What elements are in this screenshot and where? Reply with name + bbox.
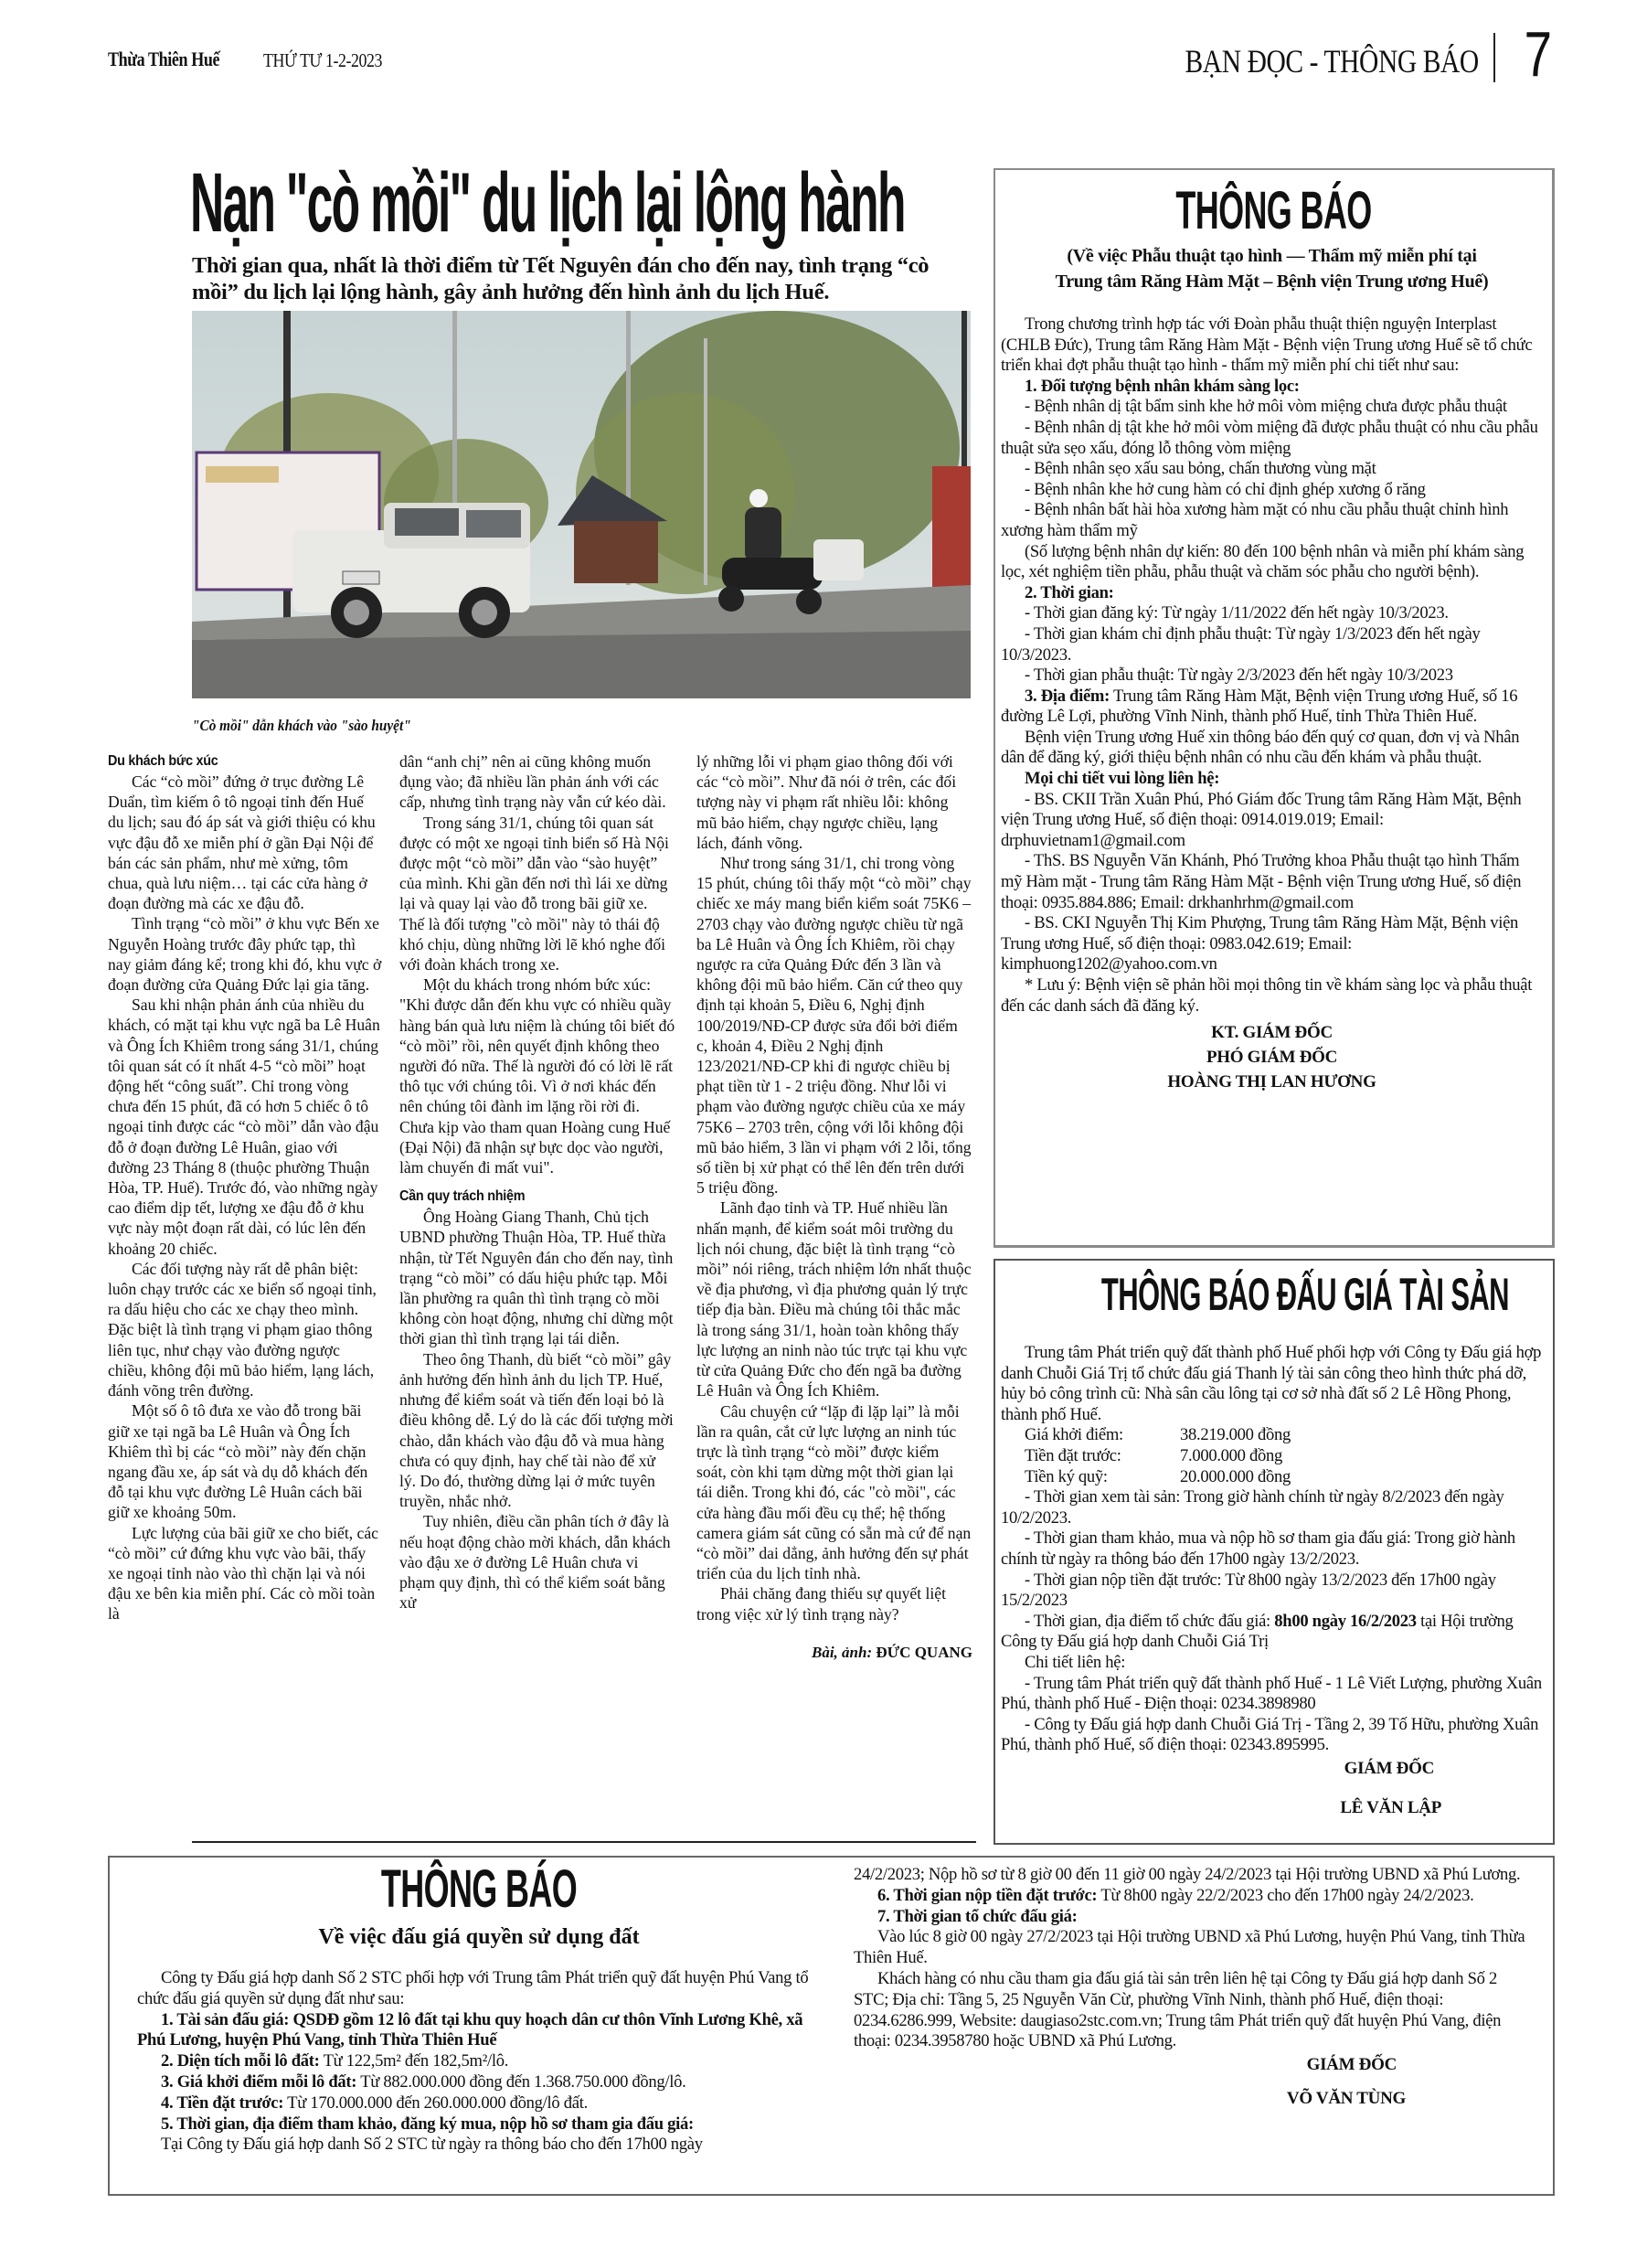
section-heading: 3. Địa điểm: xyxy=(1025,687,1110,706)
signature-title: KT. GIÁM ĐỐC xyxy=(1001,1020,1543,1045)
paragraph: Như trong sáng 31/1, chỉ trong vòng 15 p… xyxy=(696,853,972,1198)
paragraph: Câu chuyện cứ “lặp đi lặp lại” là mỗi lầ… xyxy=(696,1401,972,1584)
article-column-1: Du khách bức xúc Các “cò mồi” đứng ở trụ… xyxy=(108,751,382,1624)
signature-title: PHÓ GIÁM ĐỐC xyxy=(1001,1045,1543,1070)
photo-caption: "Cò mồi" dẫn khách vào "sào huyệt" xyxy=(192,717,411,735)
notice-asset-auction: THÔNG BÁO ĐẤU GIÁ TÀI SẢN Trung tâm Phát… xyxy=(994,1259,1555,1845)
list-item: - Thời gian xem tài sản: Trong giờ hành … xyxy=(1001,1487,1544,1528)
item-value: Từ 882.000.000 đồng đến 1.368.750.000 đồ… xyxy=(356,2072,685,2092)
paragraph: Phải chăng đang thiếu sự quyết liệt tron… xyxy=(696,1583,972,1624)
page-number: 7 xyxy=(1525,22,1552,86)
notice-title: THÔNG BÁO xyxy=(1101,185,1447,238)
paragraph: Ông Hoàng Giang Thanh, Chủ tịch UBND phư… xyxy=(399,1207,675,1348)
contact-item: - BS. CKI Nguyễn Thị Kim Phượng, Trung t… xyxy=(1001,913,1543,975)
item-value: Từ 170.000.000 đến 260.000.000 đồng/lô đ… xyxy=(283,2093,588,2113)
masthead: Thừa Thiên Huế THỨ TƯ 1-2-2023 BẠN ĐỌC -… xyxy=(108,27,1552,82)
paragraph: lý những lỗi vi phạm giao thông đối với … xyxy=(696,751,972,853)
contact-item: - BS. CKII Trần Xuân Phú, Phó Giám đốc T… xyxy=(1001,790,1543,852)
invite-text: Bệnh viện Trung ương Huế xin thông báo đ… xyxy=(1001,728,1543,769)
notice-intro: Trong chương trình hợp tác với Đoàn phẫu… xyxy=(1001,314,1543,377)
subhead-du-khach: Du khách bức xúc xyxy=(108,751,355,772)
article-column-3: lý những lỗi vi phạm giao thông đối với … xyxy=(696,751,972,1663)
subhead-trach-nhiem: Cần quy trách nhiệm xyxy=(399,1187,648,1207)
paragraph: Lãnh đạo tỉnh và TP. Huế nhiều lần nhấn … xyxy=(696,1198,972,1400)
paragraph: Theo ông Thanh, dù biết “cò mồi” gây ảnh… xyxy=(399,1349,675,1512)
list-item: - Bệnh nhân dị tật khe hở môi vòm miệng … xyxy=(1001,418,1543,459)
price-value: 7.000.000 đồng xyxy=(1180,1446,1544,1467)
item-value: Tại Công ty Đấu giá hợp danh Số 2 STC từ… xyxy=(137,2135,817,2156)
notice-subtitle: Về việc đấu giá quyền sử dụng đất xyxy=(132,1925,826,1950)
article-lede: Thời gian qua, nhất là thời điểm từ Tết … xyxy=(192,252,978,305)
section-heading: 1. Đối tượng bệnh nhân khám sàng lọc: xyxy=(1025,377,1300,396)
paragraph: Tình trạng “cò mồi” ở khu vực Bến xe Ngu… xyxy=(108,913,382,995)
auction-time-bold: 8h00 ngày 16/2/2023 xyxy=(1274,1612,1416,1631)
paragraph: Sau khi nhận phản ánh của nhiều du khách… xyxy=(108,995,382,1259)
item-value: Vào lúc 8 giờ 00 ngày 27/2/2023 tại Hội … xyxy=(854,1927,1534,1969)
notice-land-auction: THÔNG BÁO Về việc đấu giá quyền sử dụng … xyxy=(108,1856,1555,2196)
notice-title: THÔNG BÁO ĐẤU GIÁ TÀI SẢN xyxy=(1101,1272,1447,1317)
auction-time-prefix: - Thời gian, địa điểm tổ chức đấu giá: xyxy=(1025,1612,1274,1631)
contact-item: - Trung tâm Phát triển quỹ đất thành phố… xyxy=(1001,1674,1544,1715)
item-value: Từ 122,5m² đến 182,5m²/lô. xyxy=(320,2051,508,2071)
paragraph: Các đối tượng này rất dễ phân biệt: luôn… xyxy=(108,1259,382,1400)
article-bottom-rule xyxy=(192,1841,976,1843)
contact-item: - Công ty Đấu giá hợp danh Chuỗi Giá Trị… xyxy=(1001,1715,1544,1756)
signature-name: VÕ VĂN TÙNG xyxy=(854,2086,1534,2111)
price-label: Tiền đặt trước: xyxy=(1025,1446,1180,1467)
masthead-divider xyxy=(1493,33,1495,82)
contact-text: Khách hàng có nhu cầu tham gia đấu giá t… xyxy=(854,1969,1534,2052)
paragraph: Một du khách trong nhóm bức xúc: "Khi đư… xyxy=(399,974,675,1177)
section-title: BẠN ĐỌC - THÔNG BÁO xyxy=(1185,42,1479,80)
auction-time: - Thời gian, địa điểm tổ chức đấu giá: 8… xyxy=(1001,1612,1544,1653)
byline-author: ĐỨC QUANG xyxy=(876,1644,972,1661)
item-value: Từ 8h00 ngày 22/2/2023 cho đến 17h00 ngà… xyxy=(1097,1886,1473,1905)
byline-label: Bài, ảnh: xyxy=(812,1644,872,1661)
list-item: - Thời gian khám chỉ định phẫu thuật: Từ… xyxy=(1001,624,1543,665)
list-item: - Bệnh nhân bất hài hòa xương hàm mặt có… xyxy=(1001,500,1543,541)
list-item: - Thời gian đăng ký: Từ ngày 1/11/2022 đ… xyxy=(1001,603,1543,624)
list-item: - Thời gian nộp tiền đặt trước: Từ 8h00 … xyxy=(1001,1571,1544,1612)
signature-title: GIÁM ĐỐC xyxy=(854,2052,1534,2077)
item-label: 6. Thời gian nộp tiền đặt trước: xyxy=(877,1886,1097,1905)
paragraph: Trong sáng 31/1, chúng tôi quan sát được… xyxy=(399,813,675,975)
list-item: - Thời gian tham khảo, mua và nộp hồ sơ … xyxy=(1001,1528,1544,1570)
item-value-continued: 24/2/2023; Nộp hồ sơ từ 8 giờ 00 đến 11 … xyxy=(854,1865,1534,1886)
item-label: 5. Thời gian, địa điểm tham khảo, đăng k… xyxy=(161,2114,694,2134)
price-value: 38.219.000 đồng xyxy=(1180,1425,1544,1446)
list-item: - Bệnh nhân sẹo xấu sau bỏng, chấn thươn… xyxy=(1001,459,1543,480)
price-value: 20.000.000 đồng xyxy=(1180,1467,1544,1488)
contact-heading: Mọi chi tiết vui lòng liên hệ: xyxy=(1025,769,1219,788)
paragraph: Các “cò mồi” đứng ở trục đường Lê Duẩn, … xyxy=(108,772,382,913)
notice-free-surgery: THÔNG BÁO (Về việc Phẫu thuật tạo hình —… xyxy=(994,168,1555,1248)
item-label: 3. Giá khởi điểm mỗi lô đất: xyxy=(161,2072,356,2092)
issue-date: THỨ TƯ 1-2-2023 xyxy=(263,49,382,72)
item-1: 1. Tài sản đấu giá: QSDĐ gồm 12 lô đất t… xyxy=(137,2010,802,2050)
street-scene-image xyxy=(192,311,971,698)
section-heading: 2. Thời gian: xyxy=(1025,583,1114,602)
price-table: Giá khởi điểm: 38.219.000 đồng Tiền đặt … xyxy=(1001,1425,1544,1487)
notice-intro: Công ty Đấu giá hợp danh Số 2 STC phối h… xyxy=(137,1968,817,2010)
price-label: Tiền ký quỹ: xyxy=(1025,1467,1180,1488)
signature-name: HOÀNG THỊ LAN HƯƠNG xyxy=(1001,1070,1543,1094)
item-label: 2. Diện tích mỗi lô đất: xyxy=(161,2051,320,2071)
notice-subtitle: (Về việc Phẫu thuật tạo hình — Thẩm mỹ m… xyxy=(1001,243,1543,269)
list-item: (Số lượng bệnh nhân dự kiến: 80 đến 100 … xyxy=(1001,542,1543,583)
signature-name: LÊ VĂN LẬP xyxy=(1001,1795,1544,1820)
list-item: - Bệnh nhân dị tật bẩm sinh khe hở môi v… xyxy=(1001,397,1543,418)
paragraph: Một số ô tô đưa xe vào đỗ trong bãi giữ … xyxy=(108,1400,382,1522)
article-photo xyxy=(192,311,971,698)
paragraph: Tuy nhiên, điều cần phân tích ở đây là n… xyxy=(399,1511,675,1613)
notice-subtitle: Trung tâm Răng Hàm Mặt – Bệnh viện Trung… xyxy=(1001,269,1543,294)
contact-heading: Chi tiết liên hệ: xyxy=(1001,1653,1544,1674)
list-item: - Thời gian phẫu thuật: Từ ngày 2/3/2023… xyxy=(1001,665,1543,687)
paragraph: Lực lượng của bãi giữ xe cho biết, các “… xyxy=(108,1523,382,1624)
notice-title: THÔNG BÁO xyxy=(263,1863,694,1916)
article-headline: Nạn "cò mồi" du lịch lại lộng hành xyxy=(190,161,631,245)
signature-title: GIÁM ĐỐC xyxy=(1001,1756,1544,1781)
notice-intro: Trung tâm Phát triển quỹ đất thành phố H… xyxy=(1001,1343,1544,1425)
paper-name: Thừa Thiên Huế xyxy=(108,48,219,71)
contact-item: - ThS. BS Nguyễn Văn Khánh, Phó Trưởng k… xyxy=(1001,851,1543,913)
item-label: 4. Tiền đặt trước: xyxy=(161,2093,283,2113)
note-text: * Lưu ý: Bệnh viện sẽ phản hồi mọi thông… xyxy=(1001,975,1543,1017)
price-label: Giá khởi điểm: xyxy=(1025,1425,1180,1446)
item-label: 7. Thời gian tổ chức đấu giá: xyxy=(877,1907,1078,1926)
byline: Bài, ảnh: ĐỨC QUANG xyxy=(696,1643,972,1663)
article-column-2: dân “anh chị” nên ai cũng không muốn đụn… xyxy=(399,751,675,1613)
paragraph: dân “anh chị” nên ai cũng không muốn đụn… xyxy=(399,751,675,813)
list-item: - Bệnh nhân khe hở cung hàm có chỉ định … xyxy=(1001,480,1543,501)
